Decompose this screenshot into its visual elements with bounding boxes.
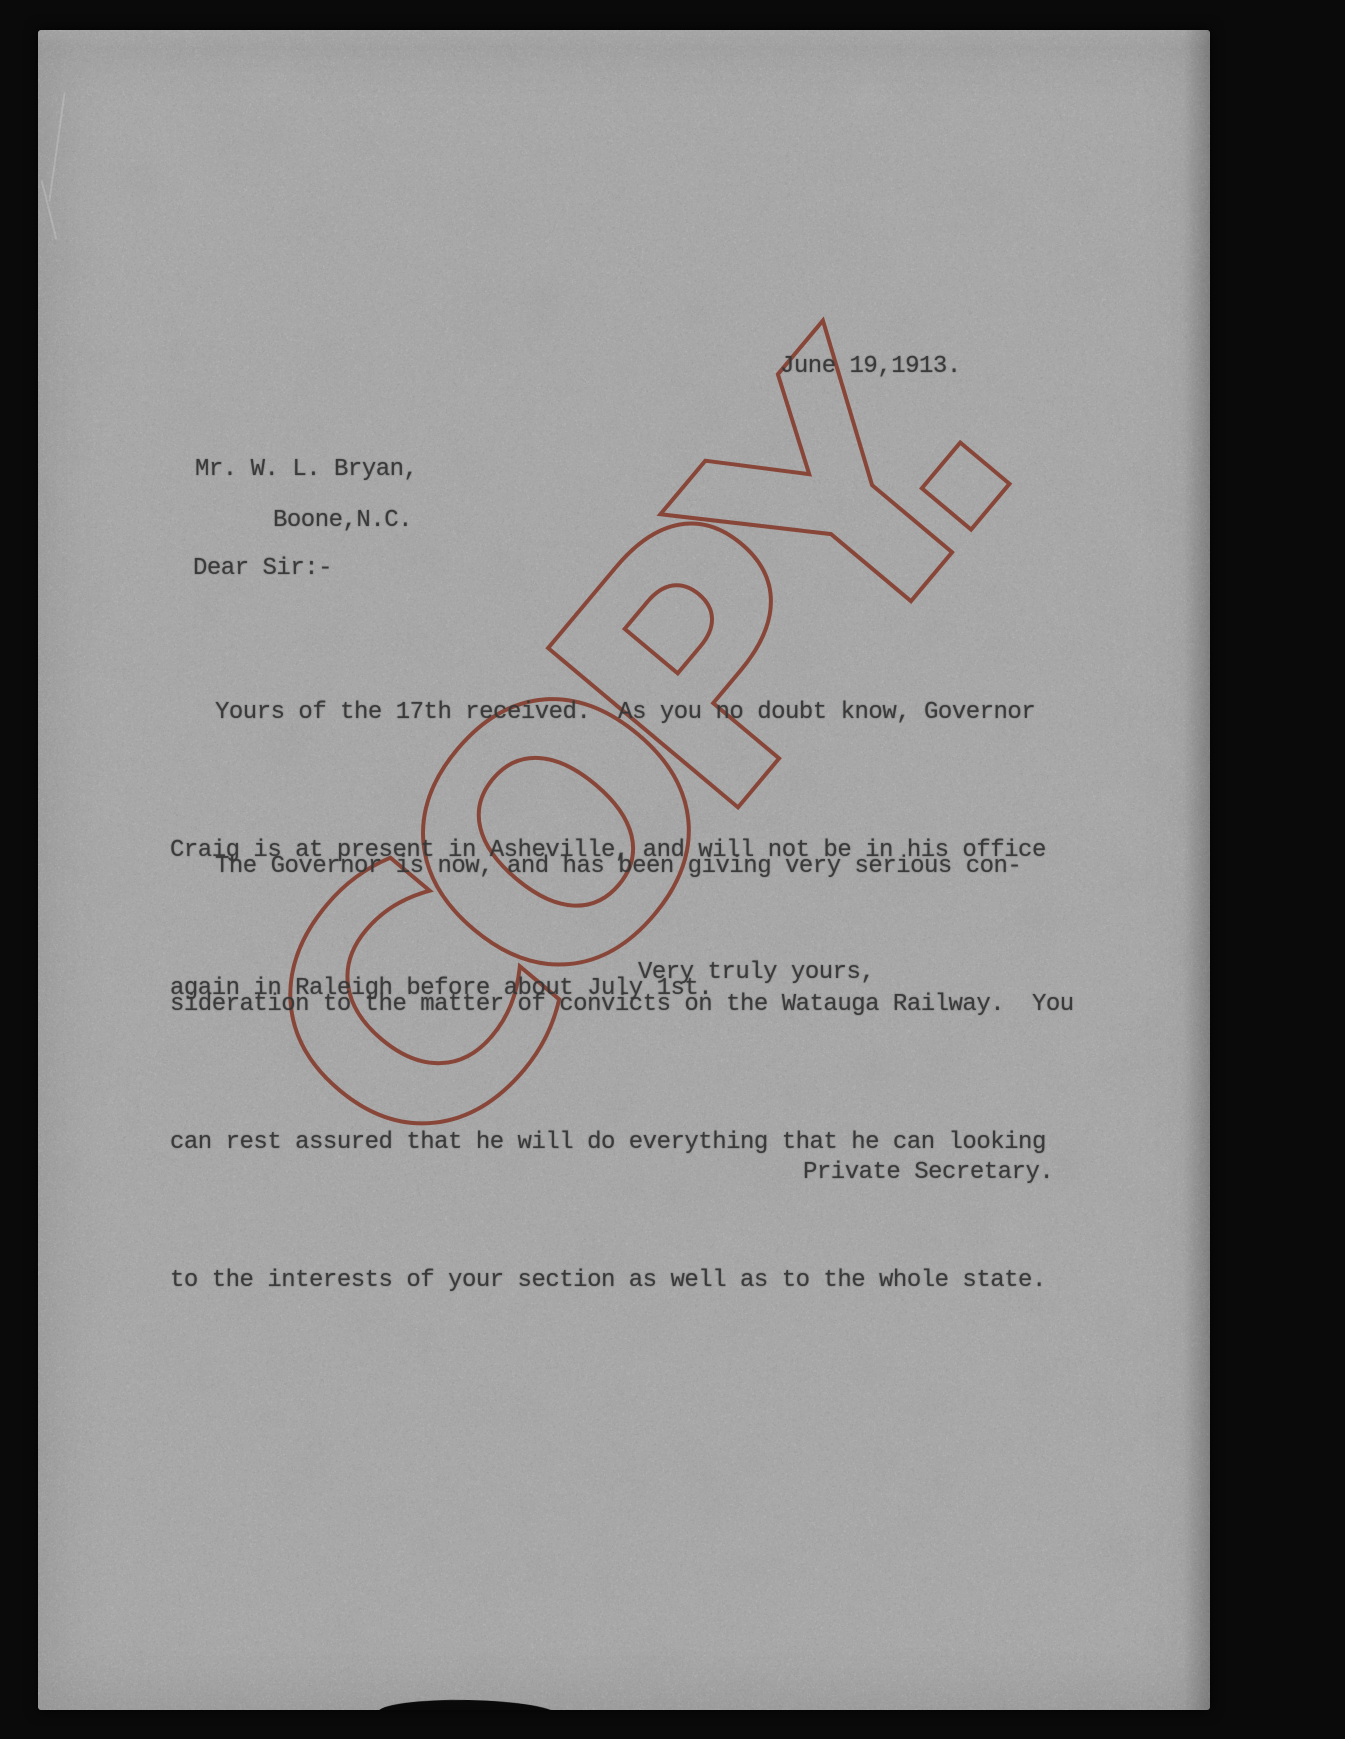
letter-page: COPY. June 19,1913. Mr. W. L. Bryan, Boo… bbox=[38, 30, 1210, 1710]
paper-edge-shadow bbox=[1184, 30, 1210, 1710]
letter-line: sideration to the matter of convicts on … bbox=[170, 982, 1074, 1028]
paper-edge-highlight bbox=[38, 30, 1210, 50]
salutation: Dear Sir:- bbox=[193, 546, 332, 592]
closing-line: Very truly yours, bbox=[638, 950, 874, 996]
letter-line: to the interests of your section as well… bbox=[170, 1258, 1074, 1304]
paragraph-2: The Governor is now, and has been giving… bbox=[170, 752, 1074, 1396]
recipient-address: Boone,N.C. bbox=[273, 498, 412, 544]
fold-mark bbox=[41, 181, 57, 240]
letter-line: Yours of the 17th received. As you no do… bbox=[170, 690, 1046, 736]
letter-line: The Governor is now, and has been giving… bbox=[170, 844, 1074, 890]
date-line: June 19,1913. bbox=[780, 344, 961, 390]
recipient-name: Mr. W. L. Bryan, bbox=[195, 447, 417, 493]
fold-mark bbox=[48, 92, 65, 201]
paper-tear bbox=[378, 1698, 558, 1710]
scan-background: COPY. June 19,1913. Mr. W. L. Bryan, Boo… bbox=[0, 0, 1345, 1739]
signature-title: Private Secretary. bbox=[803, 1150, 1053, 1196]
